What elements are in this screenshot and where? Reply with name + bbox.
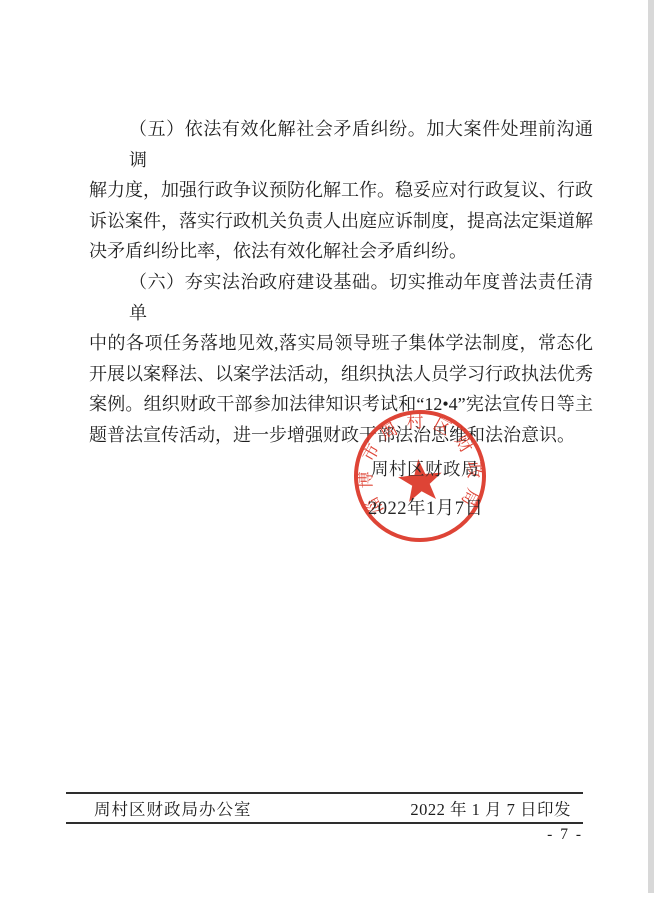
paragraph-6-line: 中的各项任务落地见效,落实局领导班子集体学法制度，常态化 [89,328,593,359]
issuer-name: 周村区财政局 [371,456,479,481]
paragraph-5-line: 决矛盾纠纷比率，依法有效化解社会矛盾纠纷。 [89,236,593,267]
paragraph-5-line: 诉讼案件，落实行政机关负责人出庭应诉制度，提高法定渠道解 [89,206,593,237]
paragraph-5-line: （五）依法有效化解社会矛盾纠纷。加大案件处理前沟通调 [89,114,593,175]
document-body: （五）依法有效化解社会矛盾纠纷。加大案件处理前沟通调 解力度，加强行政争议预防化… [89,114,593,451]
scan-edge-shadow [648,0,654,893]
footer-print-date: 2022 年 1 月 7 日印发 [410,796,583,820]
paragraph-5-line: 解力度，加强行政争议预防化解工作。稳妥应对行政复议、行政 [89,175,593,206]
paragraph-6-line: 题普法宣传活动，进一步增强财政干部法治思维和法治意识。 [89,420,593,451]
footer: 周村区财政局办公室 2022 年 1 月 7 日印发 [66,793,583,822]
page-number: - 7 - [66,826,591,844]
footer-divider-bottom [66,822,583,824]
paragraph-6-line: 开展以案释法、以案学法活动，组织执法人员学习行政执法优秀 [89,359,593,390]
document-page: （五）依法有效化解社会矛盾纠纷。加大案件处理前沟通调 解力度，加强行政争议预防化… [0,0,654,901]
paragraph-6-line: （六）夯实法治政府建设基础。切实推动年度普法责任清单 [89,267,593,328]
issue-date: 2022年1月7日 [368,494,484,520]
footer-office-name: 周村区财政局办公室 [66,796,252,820]
